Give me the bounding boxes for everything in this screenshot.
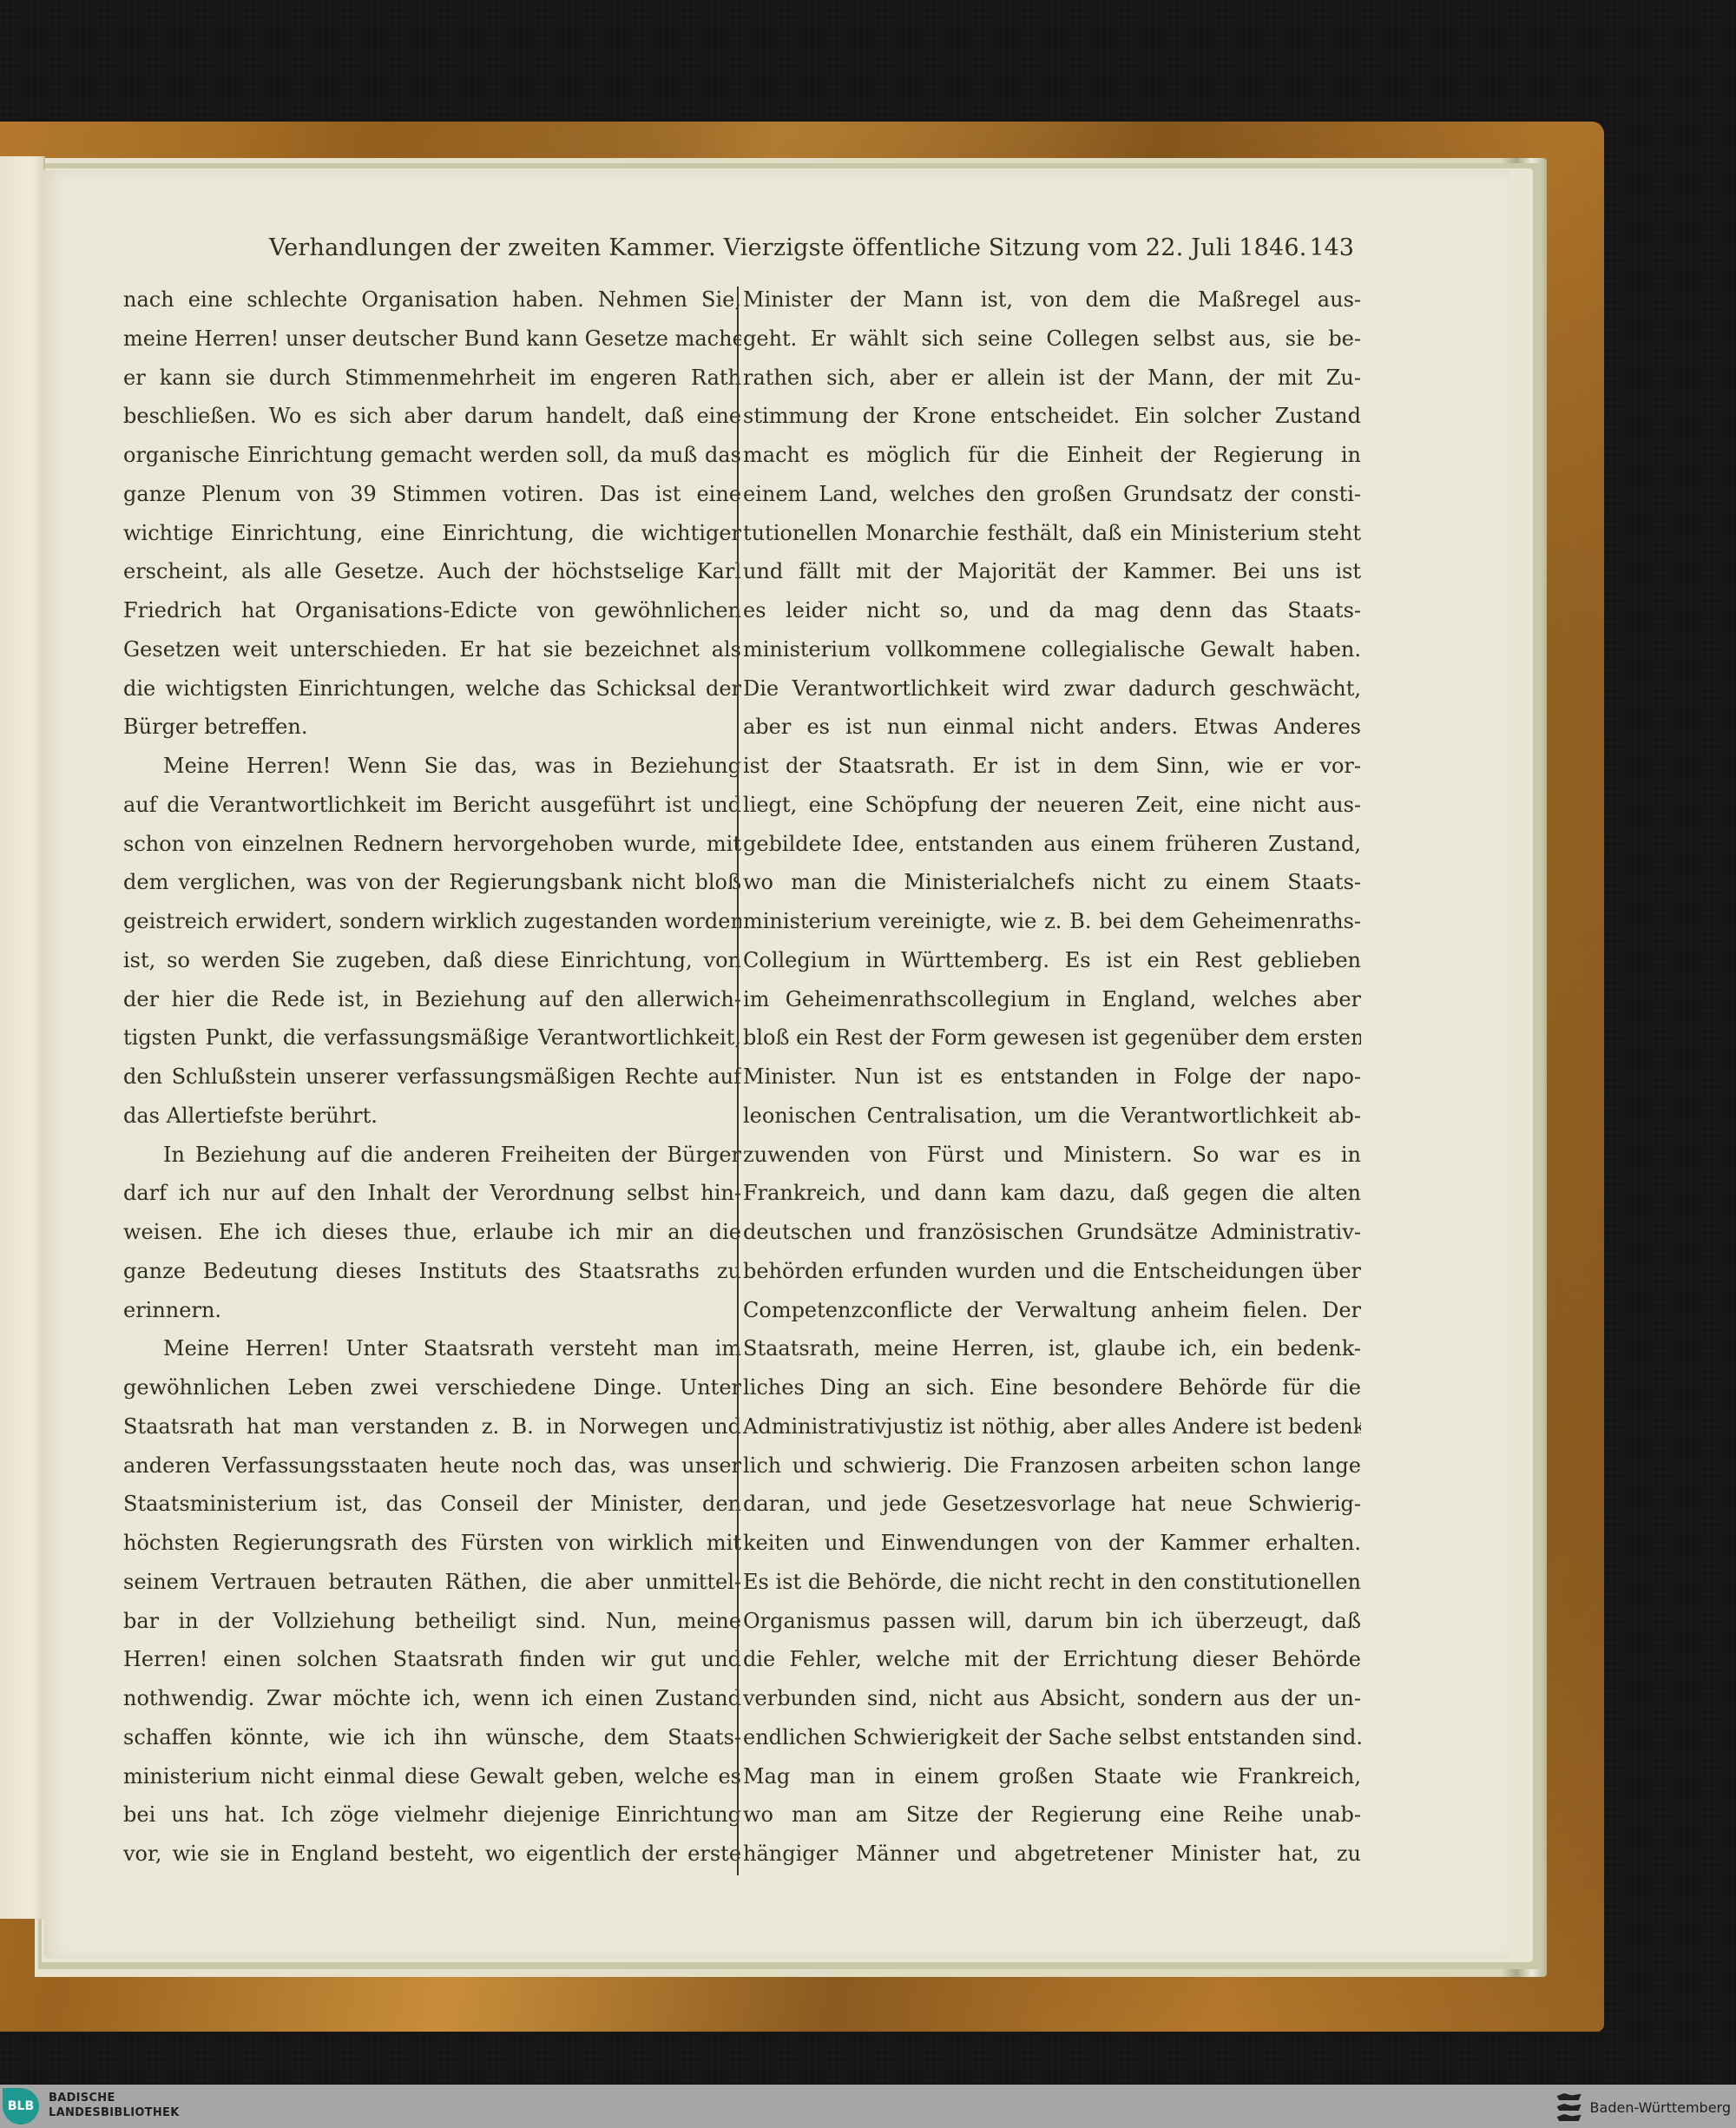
text-column-left: nach eine schlechte Organisation haben. … xyxy=(123,280,741,1874)
text-line: beschließen. Wo es sich aber darum hande… xyxy=(123,397,741,436)
text-line: meine Herren! unser deutscher Bund kann … xyxy=(123,320,741,359)
text-line: die Fehler, welche mit der Errichtung di… xyxy=(743,1640,1361,1679)
text-line: liches Ding an sich. Eine besondere Behö… xyxy=(743,1368,1361,1407)
text-line: wo man am Sitze der Regierung eine Reihe… xyxy=(743,1795,1361,1835)
text-line: ministerium nicht einmal diese Gewalt ge… xyxy=(123,1757,741,1796)
text-line: lich und schwierig. Die Franzosen arbeit… xyxy=(743,1446,1361,1486)
text-line: stimmung der Krone entscheidet. Ein solc… xyxy=(743,397,1361,436)
library-name-line1: BADISCHE xyxy=(49,2091,180,2105)
text-line: ganze Plenum von 39 Stimmen votiren. Das… xyxy=(123,475,741,514)
library-name[interactable]: BADISCHE LANDESBIBLIOTHEK xyxy=(49,2091,180,2120)
text-line: Es ist die Behörde, die nicht recht in d… xyxy=(743,1563,1361,1602)
text-line: Staatsrath, meine Herren, ist, glaube ic… xyxy=(743,1329,1361,1368)
text-line: liegt, eine Schöpfung der neueren Zeit, … xyxy=(743,786,1361,825)
text-line: Meine Herren! Unter Staatsrath versteht … xyxy=(123,1329,741,1368)
state-logo[interactable]: Baden-Württemberg xyxy=(1557,2093,1731,2121)
text-line: es leider nicht so, und da mag denn das … xyxy=(743,591,1361,630)
text-line: hängiger Männer und abgetretener Ministe… xyxy=(743,1835,1361,1874)
text-line: Staatsministerium ist, das Conseil der M… xyxy=(123,1485,741,1524)
text-line: ministerium vollkommene collegialische G… xyxy=(743,630,1361,669)
text-line: bei uns hat. Ich zöge vielmehr diejenige… xyxy=(123,1795,741,1835)
text-line: den Schlußstein unserer verfassungsmäßig… xyxy=(123,1057,741,1097)
text-line: deutschen und französischen Grundsätze A… xyxy=(743,1213,1361,1252)
text-line: Minister der Mann ist, von dem die Maßre… xyxy=(743,280,1361,320)
text-line: erinnern. xyxy=(123,1291,741,1330)
running-head-title: Verhandlungen der zweiten Kammer. Vierzi… xyxy=(269,234,1307,261)
text-line: leonischen Centralisation, um die Verant… xyxy=(743,1097,1361,1136)
text-line: schon von einzelnen Rednern hervorgehobe… xyxy=(123,825,741,864)
text-line: Administrativjustiz ist nöthig, aber all… xyxy=(743,1407,1361,1446)
text-line: geistreich erwidert, sondern wirklich zu… xyxy=(123,902,741,941)
text-column-right: Minister der Mann ist, von dem die Maßre… xyxy=(743,280,1361,1874)
running-head: Verhandlungen der zweiten Kammer. Vierzi… xyxy=(269,226,1354,269)
text-line: endlichen Schwierigkeit der Sache selbst… xyxy=(743,1718,1361,1757)
text-line: Gesetzen weit unterschieden. Er hat sie … xyxy=(123,630,741,669)
footer-bar: BLB BADISCHE LANDESBIBLIOTHEK Baden-Würt… xyxy=(0,2085,1736,2128)
text-line: Collegium in Württemberg. Es ist ein Res… xyxy=(743,941,1361,980)
column-divider xyxy=(737,287,739,1875)
text-line: In Beziehung auf die anderen Freiheiten … xyxy=(123,1136,741,1175)
text-line: das Allertiefste berührt. xyxy=(123,1097,741,1136)
text-line: organische Einrichtung gemacht werden so… xyxy=(123,436,741,475)
text-line: daran, und jede Gesetzesvorlage hat neue… xyxy=(743,1485,1361,1524)
text-line: nach eine schlechte Organisation haben. … xyxy=(123,280,741,320)
text-line: wo man die Ministerialchefs nicht zu ein… xyxy=(743,863,1361,902)
text-line: verbunden sind, nicht aus Absicht, sonde… xyxy=(743,1679,1361,1718)
text-line: vor, wie sie in England besteht, wo eige… xyxy=(123,1835,741,1874)
text-line: Meine Herren! Wenn Sie das, was in Bezie… xyxy=(123,747,741,786)
text-line: gebildete Idee, entstanden aus einem frü… xyxy=(743,825,1361,864)
blb-logo-icon[interactable]: BLB xyxy=(3,2088,39,2125)
text-line: die wichtigsten Einrichtungen, welche da… xyxy=(123,669,741,708)
text-line: aber es ist nun einmal nicht anders. Etw… xyxy=(743,708,1361,747)
library-name-line2: LANDESBIBLIOTHEK xyxy=(49,2105,180,2120)
text-line: Friedrich hat Organisations-Edicte von g… xyxy=(123,591,741,630)
text-line: ist, so werden Sie zugeben, daß diese Ei… xyxy=(123,941,741,980)
text-line: schaffen könnte, wie ich ihn wünsche, de… xyxy=(123,1718,741,1757)
text-line: seinem Vertrauen betrauten Räthen, die a… xyxy=(123,1563,741,1602)
text-line: darf ich nur auf den Inhalt der Verordnu… xyxy=(123,1174,741,1213)
text-line: Herren! einen solchen Staatsrath finden … xyxy=(123,1640,741,1679)
text-line: gewöhnlichen Leben zwei verschiedene Din… xyxy=(123,1368,741,1407)
text-line: und fällt mit der Majorität der Kammer. … xyxy=(743,552,1361,591)
text-line: einem Land, welches den großen Grundsatz… xyxy=(743,475,1361,514)
text-line: tutionellen Monarchie festhält, daß ein … xyxy=(743,514,1361,553)
text-line: wichtige Einrichtung, eine Einrichtung, … xyxy=(123,514,741,553)
text-line: nothwendig. Zwar möchte ich, wenn ich ei… xyxy=(123,1679,741,1718)
text-line: Frankreich, und dann kam dazu, daß gegen… xyxy=(743,1174,1361,1213)
text-line: dem verglichen, was von der Regierungsba… xyxy=(123,863,741,902)
text-line: höchsten Regierungsrath des Fürsten von … xyxy=(123,1524,741,1563)
text-line: weisen. Ehe ich dieses thue, erlaube ich… xyxy=(123,1213,741,1252)
text-line: tigsten Punkt, die verfassungsmäßige Ver… xyxy=(123,1018,741,1057)
facing-page-sliver xyxy=(0,156,45,1919)
text-line: bar in der Vollziehung betheiligt sind. … xyxy=(123,1602,741,1641)
text-line: Competenzconflicte der Verwaltung anheim… xyxy=(743,1291,1361,1330)
text-line: ist der Staatsrath. Er ist in dem Sinn, … xyxy=(743,747,1361,786)
text-line: anderen Verfassungsstaaten heute noch da… xyxy=(123,1446,741,1486)
text-line: keiten und Einwendungen von der Kammer e… xyxy=(743,1524,1361,1563)
text-line: Staatsrath hat man verstanden z. B. in N… xyxy=(123,1407,741,1446)
text-line: er kann sie durch Stimmenmehrheit im eng… xyxy=(123,359,741,398)
text-line: Mag man in einem großen Staate wie Frank… xyxy=(743,1757,1361,1796)
text-line: behörden erfunden wurden und die Entsche… xyxy=(743,1252,1361,1291)
text-line: Organismus passen will, darum bin ich üb… xyxy=(743,1602,1361,1641)
text-line: im Geheimenrathscollegium in England, we… xyxy=(743,980,1361,1019)
three-lions-crest-icon xyxy=(1557,2093,1581,2121)
text-line: ministerium vereinigte, wie z. B. bei de… xyxy=(743,902,1361,941)
text-line: Die Verantwortlichkeit wird zwar dadurch… xyxy=(743,669,1361,708)
text-line: der hier die Rede ist, in Beziehung auf … xyxy=(123,980,741,1019)
text-line: bloß ein Rest der Form gewesen ist gegen… xyxy=(743,1018,1361,1057)
page-number: 143 xyxy=(1309,234,1354,261)
text-line: auf die Verantwortlichkeit im Bericht au… xyxy=(123,786,741,825)
text-line: macht es möglich für die Einheit der Reg… xyxy=(743,436,1361,475)
text-line: erscheint, als alle Gesetze. Auch der hö… xyxy=(123,552,741,591)
text-line: geht. Er wählt sich seine Collegen selbs… xyxy=(743,320,1361,359)
state-name: Baden-Württemberg xyxy=(1590,2099,1731,2116)
text-line: zuwenden von Fürst und Ministern. So war… xyxy=(743,1136,1361,1175)
text-line: ganze Bedeutung dieses Instituts des Sta… xyxy=(123,1252,741,1291)
text-line: rathen sich, aber er allein ist der Mann… xyxy=(743,359,1361,398)
text-line: Bürger betreffen. xyxy=(123,708,741,747)
text-line: Minister. Nun ist es entstanden in Folge… xyxy=(743,1057,1361,1097)
